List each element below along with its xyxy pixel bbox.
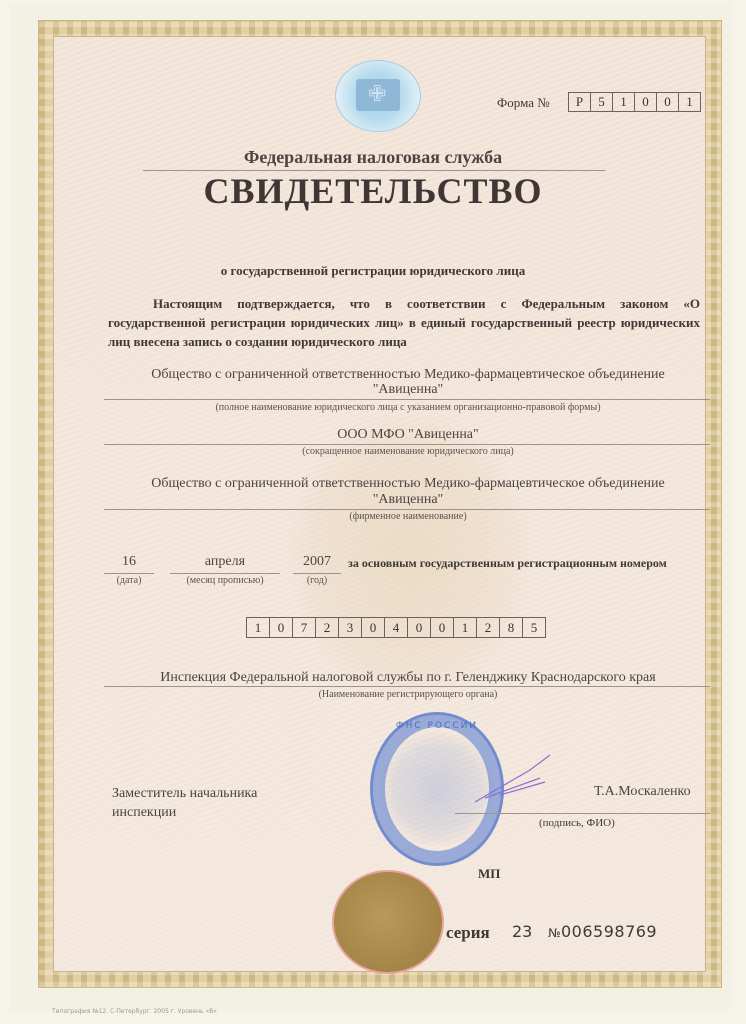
seal-place-label: МП bbox=[478, 866, 500, 882]
issuing-service: Федеральная налоговая служба bbox=[0, 147, 746, 168]
authority-underline bbox=[104, 686, 710, 687]
short-name-caption: (сокращенное наименование юридического л… bbox=[108, 446, 708, 457]
day-underline bbox=[104, 573, 154, 574]
signatory-name: Т.А.Москаленко bbox=[594, 784, 691, 800]
ogrn-digit: 3 bbox=[339, 618, 362, 637]
full-name-underline bbox=[104, 399, 710, 400]
ogrn-digit: 0 bbox=[270, 618, 293, 637]
registering-authority: Инспекция Федеральной налоговой службы п… bbox=[108, 668, 708, 687]
day-caption: (дата) bbox=[104, 575, 154, 586]
ogrn-digit: 2 bbox=[477, 618, 500, 637]
month-underline bbox=[170, 573, 280, 574]
statement-paragraph: Настоящим подтверждается, что в соответс… bbox=[108, 294, 700, 351]
certificate-number: №006598769 bbox=[548, 922, 657, 941]
ogrn-digit: 0 bbox=[431, 618, 454, 637]
short-name-underline bbox=[104, 444, 710, 445]
ogrn-digit: 2 bbox=[316, 618, 339, 637]
registration-year: 2007 bbox=[293, 554, 341, 570]
brand-name-underline bbox=[104, 509, 710, 510]
form-number-cells: Р 5 1 0 0 1 bbox=[568, 92, 701, 112]
ogrn-digit: 1 bbox=[454, 618, 477, 637]
registration-number-label: за основным государственным регистрацион… bbox=[348, 556, 667, 571]
authority-caption: (Наименование регистрирующего органа) bbox=[108, 689, 708, 700]
registration-month: апреля bbox=[170, 554, 280, 570]
ogrn-digit: 4 bbox=[385, 618, 408, 637]
printer-imprint: Типография №12. С-Петербург. 2005 г. Уро… bbox=[52, 1008, 217, 1015]
ogrn-digit: 7 bbox=[293, 618, 316, 637]
year-underline bbox=[293, 573, 341, 574]
number-value: 006598769 bbox=[561, 922, 657, 941]
form-code-cell: 0 bbox=[635, 93, 657, 111]
number-prefix: № bbox=[548, 926, 561, 940]
ogrn-digit: 0 bbox=[408, 618, 431, 637]
form-code-cell: 1 bbox=[679, 93, 700, 111]
document-subtitle: о государственной регистрации юридическо… bbox=[0, 263, 746, 279]
signatory-position: Заместитель начальника инспекции bbox=[112, 784, 312, 822]
brand-name-caption: (фирменное наименование) bbox=[108, 511, 708, 522]
statement-text: Настоящим подтверждается, что в соответс… bbox=[108, 296, 700, 349]
gold-seal-icon bbox=[332, 870, 444, 974]
year-caption: (год) bbox=[293, 575, 341, 586]
ogrn-cells: 1 0 7 2 3 0 4 0 0 1 2 8 5 bbox=[246, 617, 546, 638]
month-caption: (месяц прописью) bbox=[170, 575, 280, 586]
registration-day: 16 bbox=[104, 554, 154, 570]
signature-caption: (подпись, ФИО) bbox=[539, 817, 615, 829]
series-value: 23 bbox=[512, 922, 532, 941]
signature-underline bbox=[455, 813, 710, 814]
form-code-cell: 1 bbox=[613, 93, 635, 111]
ogrn-digit: 1 bbox=[247, 618, 270, 637]
stamp-text: ФНС РОССИИ bbox=[373, 721, 501, 731]
ogrn-digit: 5 bbox=[523, 618, 545, 637]
short-name-value: ООО МФО "Авиценна" bbox=[108, 425, 708, 444]
form-code-cell: 5 bbox=[591, 93, 613, 111]
series-label: серия bbox=[446, 923, 490, 943]
hologram-emblem-icon bbox=[335, 60, 421, 132]
form-number-label: Форма № bbox=[497, 95, 550, 111]
ogrn-digit: 0 bbox=[362, 618, 385, 637]
form-code-cell: 0 bbox=[657, 93, 679, 111]
document-title: СВИДЕТЕЛЬСТВО bbox=[0, 170, 746, 212]
form-code-cell: Р bbox=[569, 93, 591, 111]
full-name-caption: (полное наименование юридического лица с… bbox=[108, 402, 708, 413]
position-line2: инспекции bbox=[112, 803, 312, 822]
full-name-line2: "Авиценна" bbox=[108, 380, 708, 399]
ogrn-digit: 8 bbox=[500, 618, 523, 637]
position-line1: Заместитель начальника bbox=[112, 784, 312, 803]
signature-icon bbox=[470, 750, 560, 810]
brand-name-line2: "Авиценна" bbox=[108, 490, 708, 509]
